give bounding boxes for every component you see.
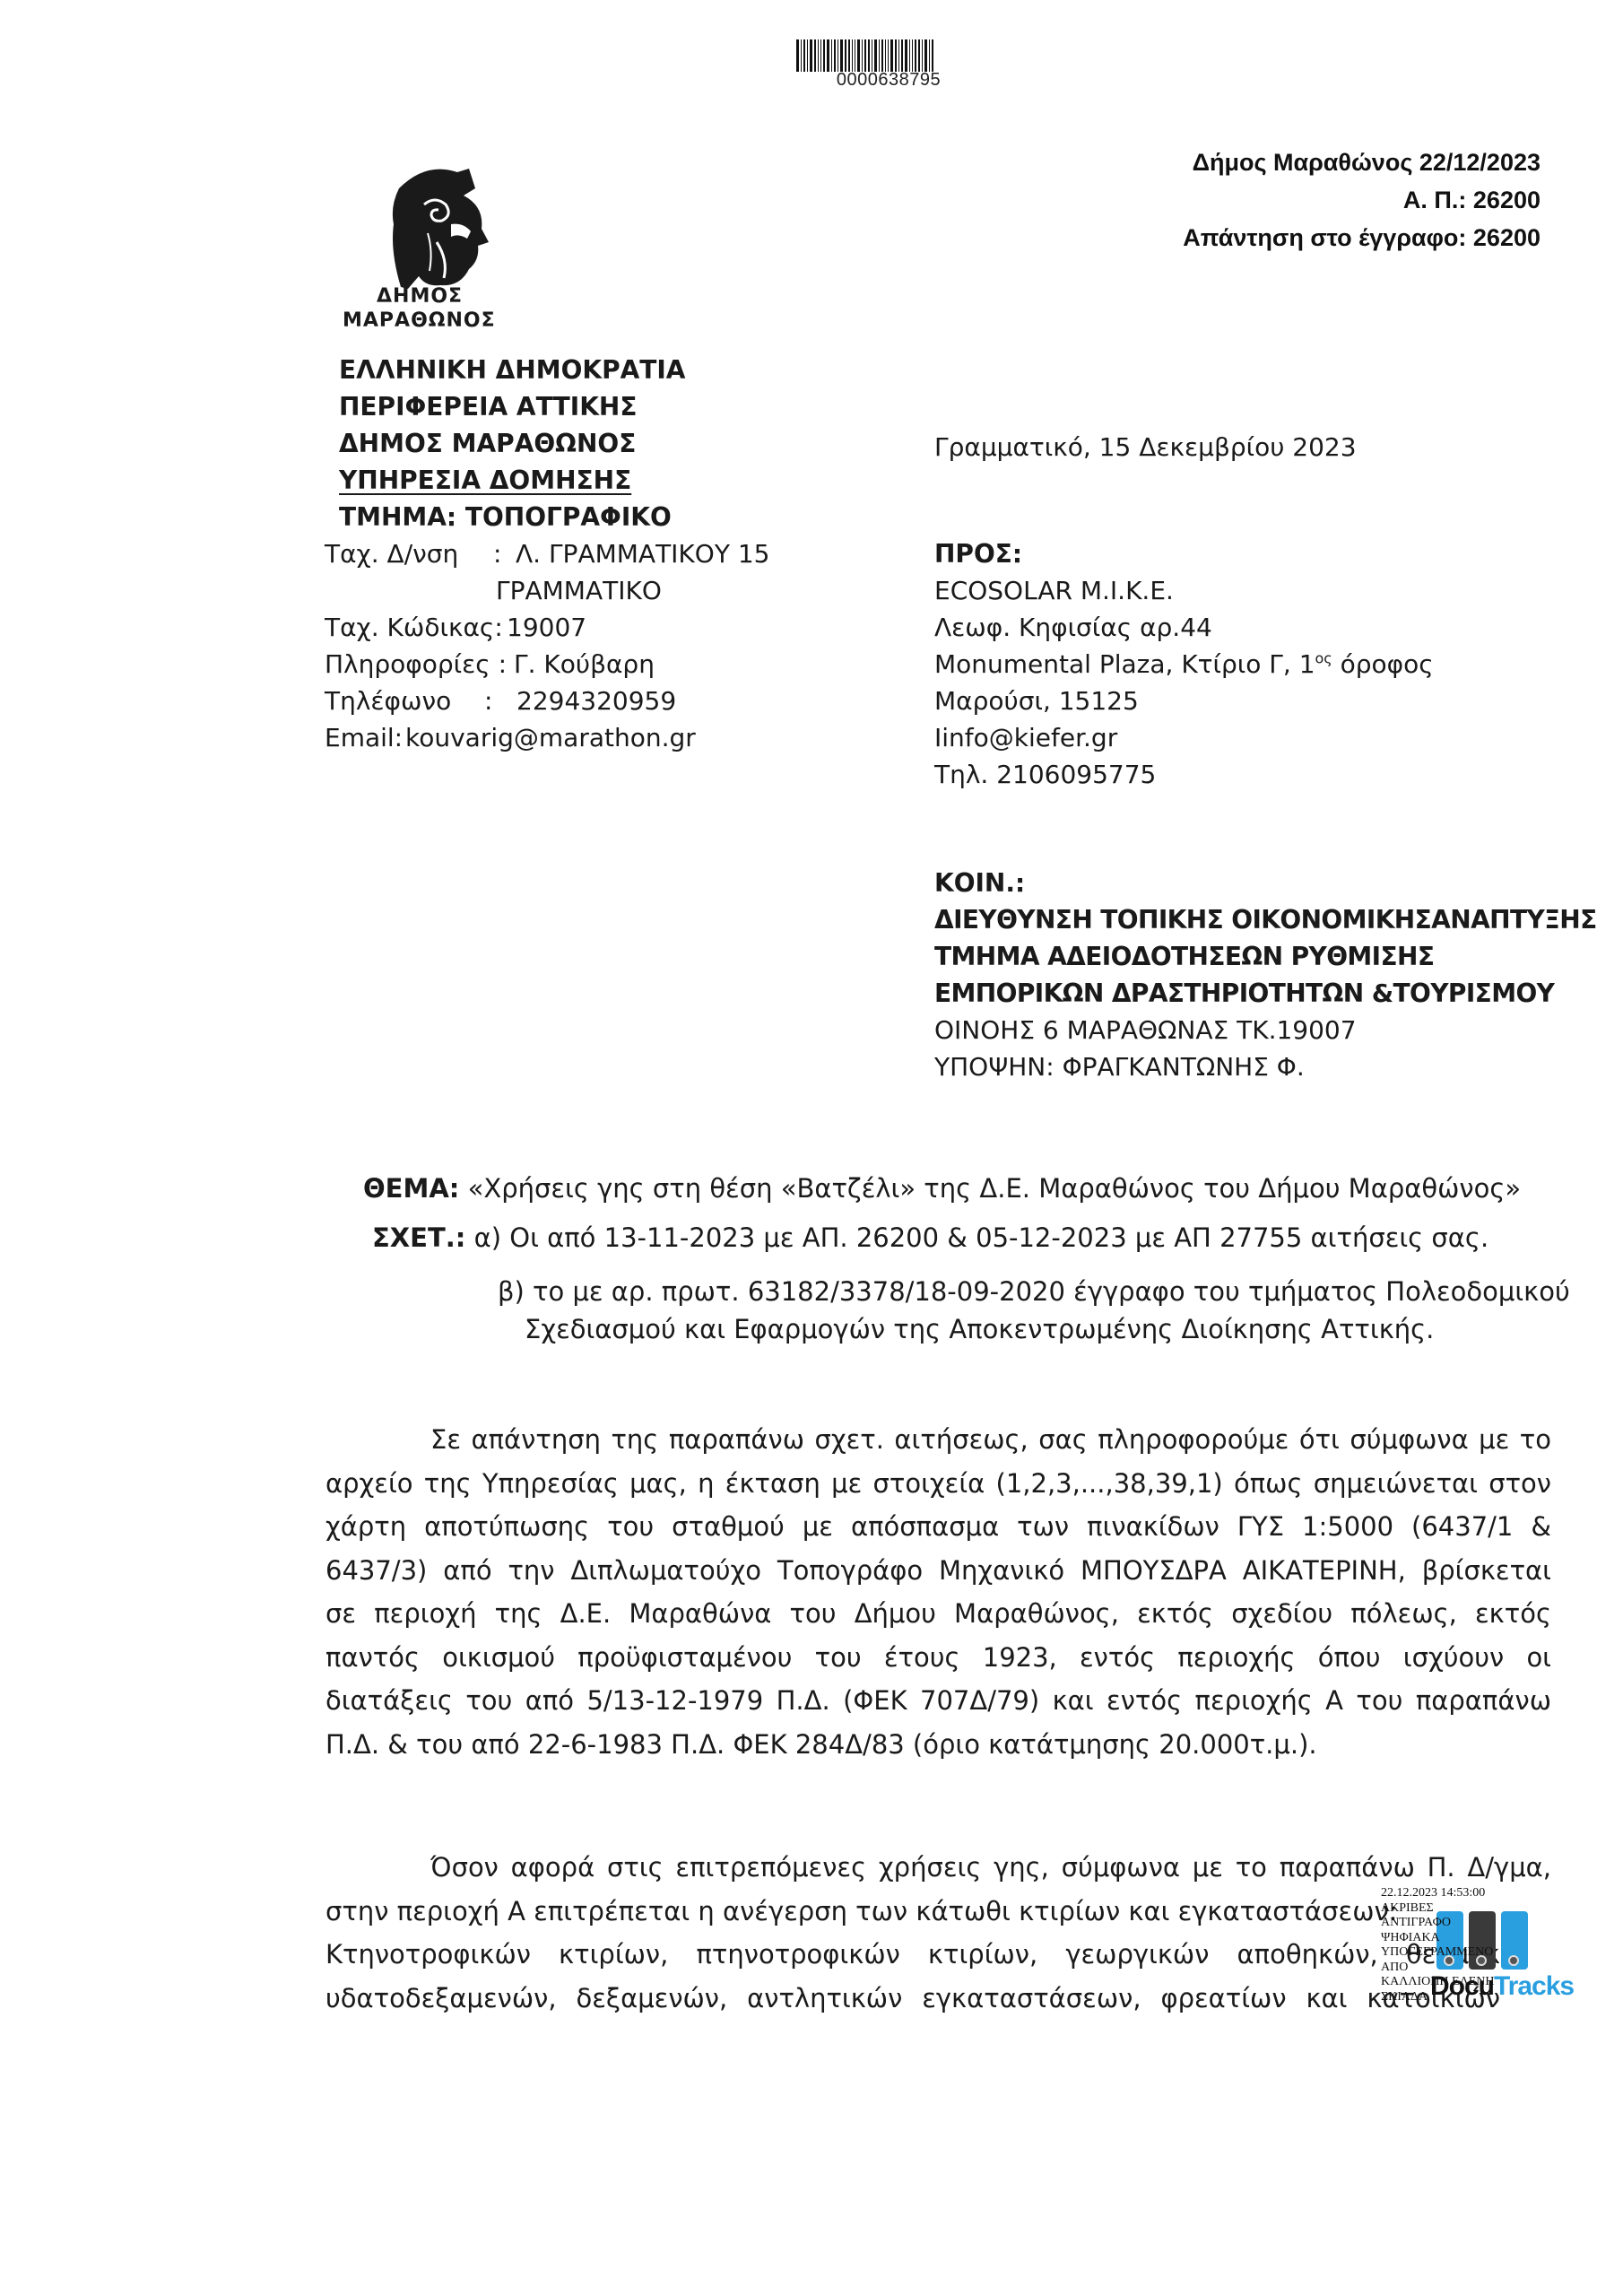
sender-org-line: ΕΛΛΗΝΙΚΗ ΔΗΜΟΚΡΑΤΙΑ bbox=[339, 355, 685, 385]
cc-attention: ΥΠΟΨΗΝ: ΦΡΑΓΚΑΝΤΩΝΗΣ Φ. bbox=[934, 1052, 1305, 1082]
body-line: Κτηνοτροφικών κτιρίων, πτηνοτροφικών κτι… bbox=[325, 1939, 1500, 1970]
phone-value: 2294320959 bbox=[516, 686, 676, 716]
recipient-building: Monumental Plaza, Κτίριο Γ, 1ος όροφος bbox=[934, 649, 1434, 679]
body-line: αρχείο της Υπηρεσίας μας, η έκταση με στ… bbox=[325, 1468, 1551, 1499]
reference-line-b1: β) το με αρ. πρωτ. 63182/3378/18-09-2020… bbox=[498, 1276, 1570, 1307]
cc-address: ΟΙΝΟΗΣ 6 ΜΑΡΑΘΩΝΑΣ ΤΚ.19007 bbox=[934, 1015, 1357, 1045]
email-label: Email: bbox=[325, 723, 403, 752]
logo-text-municipality: ΔΗΜΟΣ bbox=[377, 285, 463, 308]
sender-department: ΥΠΗΡΕΣΙΑ ΔΟΜΗΣΗΣ bbox=[339, 465, 631, 495]
address-separator: : bbox=[493, 539, 501, 569]
reference-a-text: α) Οι από 13-11-2023 με ΑΠ. 26200 & 05-1… bbox=[474, 1222, 1489, 1253]
document-date: Γραμματικό, 15 Δεκεμβρίου 2023 bbox=[934, 432, 1357, 462]
email-link[interactable]: kouvarig@marathon.gr bbox=[405, 723, 696, 752]
phone-label: Τηλέφωνο bbox=[325, 686, 451, 716]
sender-org-line: ΔΗΜΟΣ ΜΑΡΑΘΩΝΟΣ bbox=[339, 429, 636, 458]
reference-line-b2: Σχεδιασμού και Εφαρμογών της Αποκεντρωμέ… bbox=[525, 1314, 1434, 1344]
phone-separator: : bbox=[484, 686, 492, 716]
body-line: διατάξεις του από 5/13-12-1979 Π.Δ. (ΦΕΚ… bbox=[325, 1685, 1551, 1716]
body-line: παντός οικισμού προϋφισταμένου του έτους… bbox=[325, 1642, 1551, 1673]
sender-section: ΤΜΗΜΑ: ΤΟΠΟΓΡΑΦΙΚΟ bbox=[339, 502, 672, 532]
barcode-number: 0000638795 bbox=[796, 70, 981, 91]
reference-label: ΣΧΕΤ.: bbox=[372, 1222, 465, 1253]
cc-line: ΔΙΕΥΘΥΝΣΗ ΤΟΠΙΚΗΣ ΟΙΚΟΝΟΜΙΚΗΣΑΝΑΠΤΥΞΗΣ bbox=[934, 905, 1597, 935]
cc-label: ΚΟΙΝ.: bbox=[934, 868, 1025, 898]
postcode-label: Ταχ. Κώδικας: bbox=[325, 613, 503, 642]
recipient-street: Λεωφ. Κηφισίας αρ.44 bbox=[934, 613, 1212, 642]
registration-protocol-number: Α. Π.: 26200 bbox=[1403, 187, 1541, 214]
subject-text: «Χρήσεις γης στη θέση «Βατζέλι» της Δ.Ε.… bbox=[468, 1173, 1522, 1204]
subject-label: ΘΕΜΑ: bbox=[363, 1173, 459, 1204]
recipient-city: Μαρούσι, 15125 bbox=[934, 686, 1139, 716]
logo-text-marathon: ΜΑΡΑΘΩΝΟΣ bbox=[343, 309, 496, 332]
pan-head-emblem-icon bbox=[363, 152, 516, 296]
body-line: Όσον αφορά στις επιτρεπόμενες χρήσεις γη… bbox=[430, 1852, 1551, 1883]
recipient-email[interactable]: Iinfo@kiefer.gr bbox=[934, 723, 1117, 752]
address-line-1: Λ. ΓΡΑΜΜΑΤΙΚΟΥ 15 bbox=[516, 539, 769, 569]
reference-line-a: ΣΧΕΤ.: α) Οι από 13-11-2023 με ΑΠ. 26200… bbox=[372, 1222, 1488, 1253]
body-line: Π.Δ. & του από 22-6-1983 Π.Δ. ΦΕΚ 284Δ/8… bbox=[325, 1729, 1551, 1760]
recipient-company: ECOSOLAR M.I.K.E. bbox=[934, 576, 1174, 605]
docutracks-logo: DocuTracks bbox=[1430, 1971, 1574, 2002]
body-line: στην περιοχή Α επιτρέπεται η ανέγερση τω… bbox=[325, 1896, 1551, 1926]
registration-reply-to: Απάντηση στο έγγραφο: 26200 bbox=[1183, 224, 1541, 252]
recipient-label: ΠΡΟΣ: bbox=[934, 539, 1022, 569]
postcode-value: 19007 bbox=[507, 613, 586, 642]
address-line-2: ΓΡΑΜΜΑΤΙΚΟ bbox=[496, 576, 662, 605]
recipient-phone: Τηλ. 2106095775 bbox=[934, 760, 1156, 789]
body-line: σε περιοχή της Δ.Ε. Μαραθώνα του Δήμου Μ… bbox=[325, 1598, 1551, 1629]
barcode bbox=[796, 39, 981, 72]
docutracks-bar-icon bbox=[1501, 1911, 1528, 1970]
cc-line: ΕΜΠΟΡΙΚΩΝ ΔΡΑΣΤΗΡΙΟΤΗΤΩΝ &ΤΟΥΡΙΣΜΟΥ bbox=[934, 978, 1554, 1008]
body-line: 6437/3) από την Διπλωματούχο Τοπογράφο Μ… bbox=[325, 1555, 1551, 1586]
body-line: χάρτη αποτύπωσης του σταθμού με απόσπασμ… bbox=[325, 1511, 1551, 1542]
digital-signature-stamp: 22.12.2023 14:53:00 ΑΚΡΙΒΕΣ ΑΝΤΙΓΡΑΦΟ ΨΗ… bbox=[1381, 1886, 1560, 2048]
body-line: υδατοδεξαμενών, δεξαμενών, αντλητικών εγ… bbox=[325, 1983, 1500, 2013]
subject-line: ΘΕΜΑ: «Χρήσεις γης στη θέση «Βατζέλι» τη… bbox=[363, 1173, 1521, 1204]
body-line: Σε απάντηση της παραπάνω σχετ. αιτήσεως,… bbox=[430, 1424, 1551, 1455]
address-label: Ταχ. Δ/νση bbox=[325, 539, 458, 569]
sender-org-line: ΠΕΡΙΦΕΡΕΙΑ ΑΤΤΙΚΗΣ bbox=[339, 392, 637, 422]
cc-line: ΤΜΗΜΑ ΑΔΕΙΟΔΟΤΗΣΕΩΝ ΡΥΘΜΙΣΗΣ bbox=[934, 942, 1434, 971]
info-contact-name: Γ. Κούβαρη bbox=[514, 649, 655, 679]
info-label: Πληροφορίες : bbox=[325, 649, 507, 679]
registration-line-1: Δήμος Μαραθώνος 22/12/2023 bbox=[1193, 149, 1541, 177]
